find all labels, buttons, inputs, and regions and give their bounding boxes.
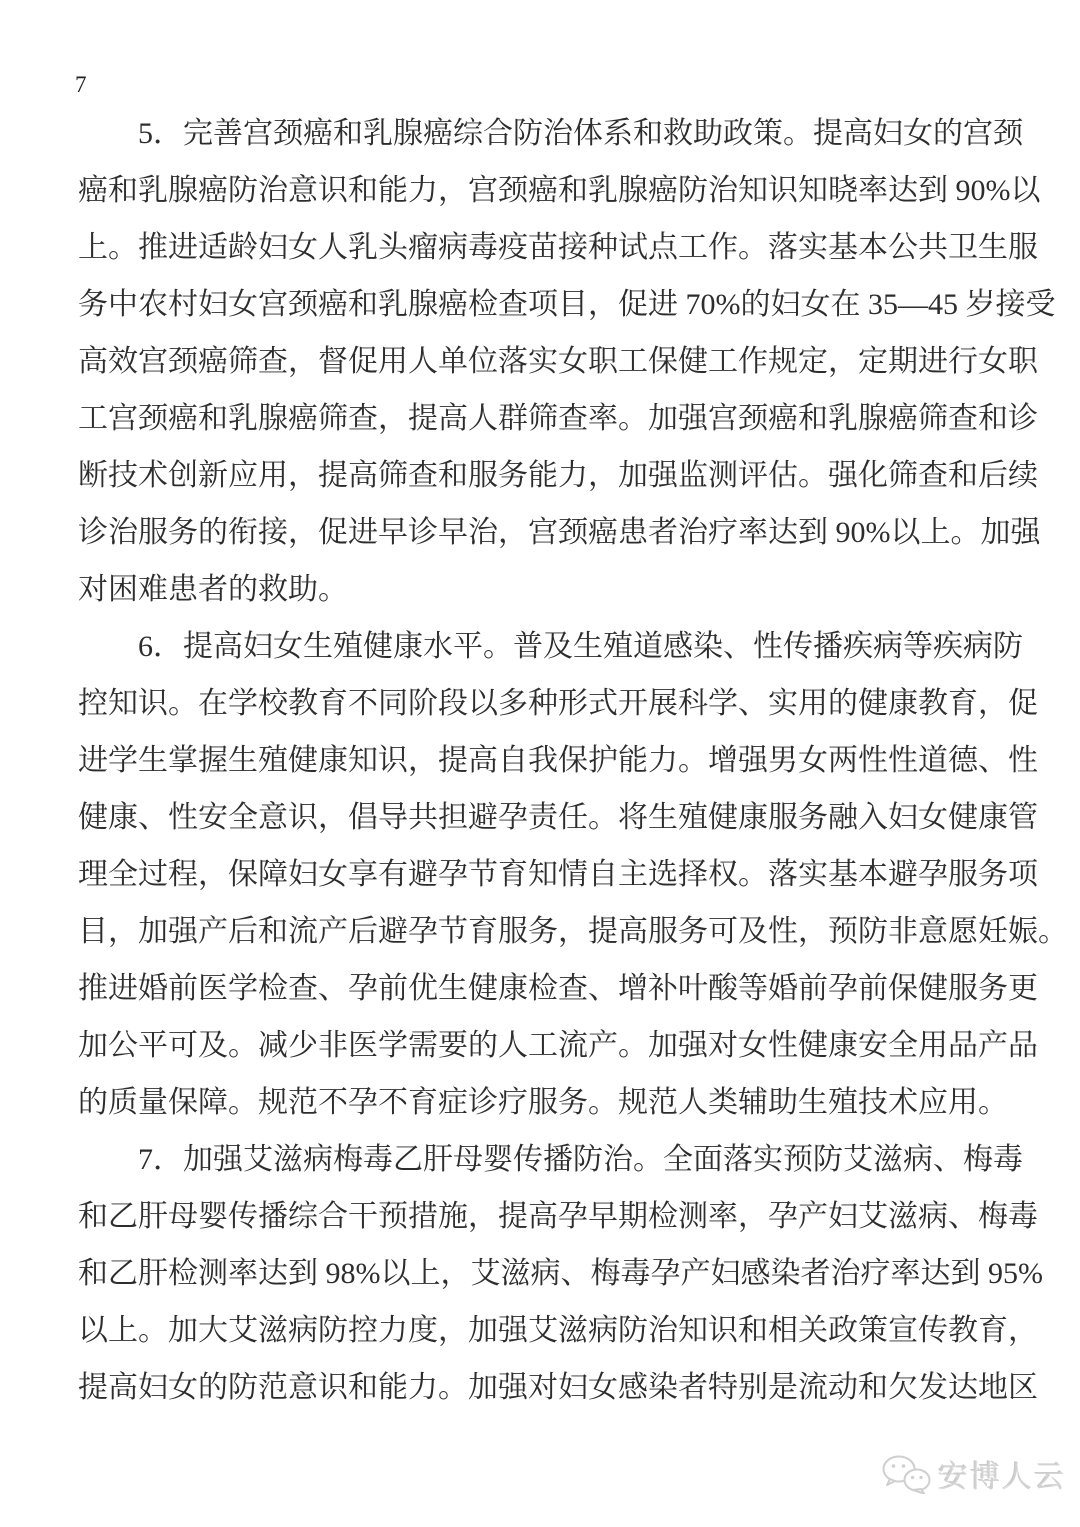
text-line: 和乙肝母婴传播综合干预措施，提高孕早期检测率，孕产妇艾滋病、梅毒: [78, 1188, 1010, 1245]
text-line: 对困难患者的救助。: [78, 561, 1010, 618]
text-line: 6．提高妇女生殖健康水平。普及生殖道感染、性传播疾病等疾病防: [78, 618, 1010, 675]
text-line: 推进婚前医学检查、孕前优生健康检查、增补叶酸等婚前孕前保健服务更: [78, 960, 1010, 1017]
text-line: 控知识。在学校教育不同阶段以多种形式开展科学、实用的健康教育，促: [78, 675, 1010, 732]
text-line: 断技术创新应用，提高筛查和服务能力，加强监测评估。强化筛查和后续: [78, 447, 1010, 504]
text-line: 健康、性安全意识，倡导共担避孕责任。将生殖健康服务融入妇女健康管: [78, 789, 1010, 846]
text-line: 务中农村妇女宫颈癌和乳腺癌检查项目，促进 70%的妇女在 35—45 岁接受: [78, 276, 1010, 333]
text-line: 和乙肝检测率达到 98%以上，艾滋病、梅毒孕产妇感染者治疗率达到 95%: [78, 1245, 1010, 1302]
document-page: 7 5．完善宫颈癌和乳腺癌综合防治体系和救助政策。提高妇女的宫颈癌和乳腺癌防治意…: [0, 0, 1080, 1527]
text-line: 提高妇女的防范意识和能力。加强对妇女感染者特别是流动和欠发达地区: [78, 1359, 1010, 1416]
text-line: 理全过程，保障妇女享有避孕节育知情自主选择权。落实基本避孕服务项: [78, 846, 1010, 903]
text-line: 工宫颈癌和乳腺癌筛查，提高人群筛查率。加强宫颈癌和乳腺癌筛查和诊: [78, 390, 1010, 447]
text-line: 以上。加大艾滋病防控力度，加强艾滋病防治知识和相关政策宣传教育，: [78, 1302, 1010, 1359]
text-line: 7．加强艾滋病梅毒乙肝母婴传播防治。全面落实预防艾滋病、梅毒: [78, 1131, 1010, 1188]
text-line: 诊治服务的衔接，促进早诊早治，宫颈癌患者治疗率达到 90%以上。加强: [78, 504, 1010, 561]
text-line: 5．完善宫颈癌和乳腺癌综合防治体系和救助政策。提高妇女的宫颈: [78, 105, 1010, 162]
document-body: 5．完善宫颈癌和乳腺癌综合防治体系和救助政策。提高妇女的宫颈癌和乳腺癌防治意识和…: [78, 105, 1010, 1416]
text-line: 癌和乳腺癌防治意识和能力，宫颈癌和乳腺癌防治知识知晓率达到 90%以: [78, 162, 1010, 219]
paragraph: 5．完善宫颈癌和乳腺癌综合防治体系和救助政策。提高妇女的宫颈癌和乳腺癌防治意识和…: [78, 105, 1010, 618]
text-line: 加公平可及。减少非医学需要的人工流产。加强对女性健康安全用品产品: [78, 1017, 1010, 1074]
paragraph: 7．加强艾滋病梅毒乙肝母婴传播防治。全面落实预防艾滋病、梅毒和乙肝母婴传播综合干…: [78, 1131, 1010, 1416]
watermark: 安博人云: [880, 1452, 1066, 1496]
page-number: 7: [75, 72, 87, 98]
text-line: 目，加强产后和流产后避孕节育服务，提高服务可及性，预防非意愿妊娠。: [78, 903, 1010, 960]
paragraph: 6．提高妇女生殖健康水平。普及生殖道感染、性传播疾病等疾病防控知识。在学校教育不…: [78, 618, 1010, 1131]
text-line: 的质量保障。规范不孕不育症诊疗服务。规范人类辅助生殖技术应用。: [78, 1074, 1010, 1131]
text-line: 上。推进适龄妇女人乳头瘤病毒疫苗接种试点工作。落实基本公共卫生服: [78, 219, 1010, 276]
watermark-text: 安博人云: [938, 1452, 1066, 1496]
text-line: 进学生掌握生殖健康知识，提高自我保护能力。增强男女两性性道德、性: [78, 732, 1010, 789]
wechat-icon: [880, 1454, 932, 1494]
text-line: 高效宫颈癌筛查，督促用人单位落实女职工保健工作规定，定期进行女职: [78, 333, 1010, 390]
